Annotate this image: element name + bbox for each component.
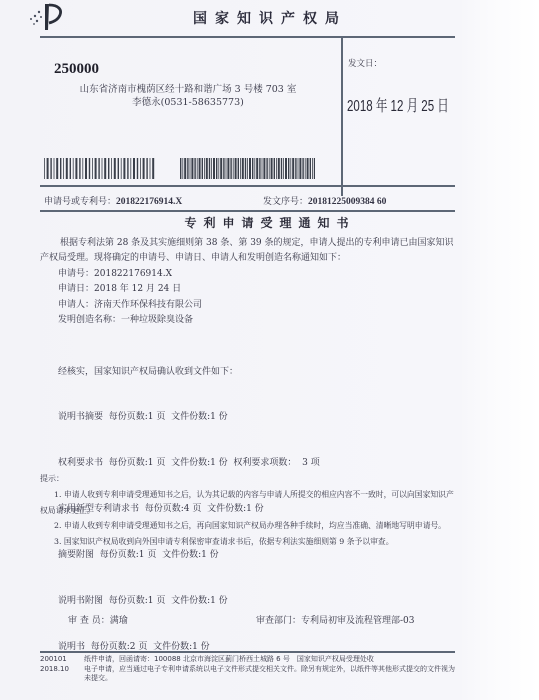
issue-date-stamp: 2018 年 12 月 25 日: [347, 93, 449, 116]
cnipa-logo-icon: [28, 2, 68, 32]
tips-list: 1. 申请人收到专利申请受理通知书之后，认为其记载的内容与申请人所提交的相应内容…: [40, 487, 460, 549]
field-application-date: 申请日：2018 年 12 月 24 日: [58, 282, 202, 297]
field-value: 济南天作环保科技有限公司: [94, 300, 202, 310]
department-name: 专利局初审及流程管理部-03: [301, 616, 415, 626]
footer-code: 200101: [40, 655, 84, 665]
footer: 200101 纸件申请，回函请寄：100088 北京市海淀区蓟门桥西土城路 6 …: [40, 655, 460, 684]
document-item: 权利要求书 每份页数:1 页 文件份数:1 份 权利要求项数： 3 项: [58, 456, 320, 471]
tip-item: 1. 申请人收到专利申请受理通知书之后，认为其记载的内容与申请人所提交的相应内容…: [40, 487, 460, 518]
application-fields: 申请号：201822176914.X 申请日：2018 年 12 月 24 日 …: [58, 267, 202, 328]
field-applicant: 申请人：济南天作环保科技有限公司: [58, 298, 202, 313]
application-number-label: 申请号或专利号：: [44, 197, 116, 207]
notice-paragraph: 根据专利法第 28 条及其实施细则第 38 条、第 39 条的规定，申请人提出的…: [40, 236, 460, 267]
field-label: 申请号：: [58, 269, 94, 279]
field-value: 一种垃圾除臭设备: [121, 315, 193, 325]
tip-item: 3. 国家知识产权局收到向外国申请专利保密审查请求书后，依据专利法实施细则第 9…: [40, 534, 460, 550]
examiner-name: 满瑜: [110, 616, 128, 626]
tip-item: 2. 申请人收到专利申请受理通知书之后，再向国家知识产权局办理各种手续时，均应当…: [40, 518, 460, 534]
recipient-address: 山东省济南市槐荫区经十路和谐广场 3 号楼 703 室: [78, 83, 298, 96]
footer-row: 200101 纸件申请，回函请寄：100088 北京市海淀区蓟门桥西土城路 6 …: [40, 655, 460, 665]
documents-intro: 经核实，国家知识产权局确认收到文件如下：: [58, 365, 320, 380]
field-application-number: 申请号：201822176914.X: [58, 267, 202, 282]
document-item: 说明书 每份页数:2 页 文件份数:1 份: [58, 640, 320, 655]
field-label: 申请日：: [58, 284, 94, 294]
agency-name: 国家知识产权局: [150, 8, 390, 28]
notice-title: 专利申请受理通知书: [150, 214, 390, 231]
document-item: 说明书摘要 每份页数:1 页 文件份数:1 份: [58, 410, 320, 425]
examiner-row: 审 查 员：满瑜: [68, 613, 128, 626]
field-value: 201822176914.X: [94, 269, 172, 279]
application-number-row: 申请号或专利号：201822176914.X: [44, 194, 182, 207]
footer-code: 2018.10: [40, 665, 84, 684]
application-number: 201822176914.X: [116, 197, 182, 207]
tips-label: 提示：: [40, 473, 64, 484]
barcode-application-number: [44, 158, 156, 179]
examiner-label: 审 查 员：: [68, 616, 110, 626]
footer-row: 2018.10 电子申请，应当通过电子专利申请系统以电子文件形式提交相关文件。除…: [40, 665, 460, 684]
footer-text: 纸件申请，回函请寄：100088 北京市海淀区蓟门桥西土城路 6 号 国家知识产…: [84, 655, 460, 665]
patent-acceptance-notice: 国家知识产权局 250000 山东省济南市槐荫区经十路和谐广场 3 号楼 703…: [0, 0, 539, 700]
footer-text: 电子申请，应当通过电子专利申请系统以电子文件形式提交相关文件。除另有规定外，以纸…: [84, 665, 460, 684]
column-divider: [341, 36, 343, 196]
footer-divider: [40, 651, 455, 653]
department-row: 审查部门：专利局初审及流程管理部-03: [256, 613, 415, 626]
field-invention-title: 发明创造名称：一种垃圾除臭设备: [58, 313, 202, 328]
recipient-postcode: 250000: [54, 61, 99, 78]
meta-divider: [40, 210, 455, 212]
recipient-contact: 李德永(0531-58635773): [78, 96, 298, 109]
document-item: 说明书附图 每份页数:1 页 文件份数:1 份: [58, 594, 320, 609]
header-divider: [40, 36, 455, 38]
recipient-address-block: 山东省济南市槐荫区经十路和谐广场 3 号楼 703 室 李德永(0531-586…: [78, 83, 298, 109]
issue-date-label: 发文日：: [348, 57, 382, 69]
field-label: 申请人：: [58, 300, 94, 310]
department-label: 审查部门：: [256, 616, 301, 626]
barcode-divider: [40, 185, 455, 187]
document-item: 摘要附图 每份页数:1 页 文件份数:1 份: [58, 548, 320, 563]
field-value: 2018 年 12 月 24 日: [94, 284, 181, 294]
barcode-document-serial: [180, 158, 315, 179]
field-label: 发明创造名称：: [58, 315, 121, 325]
document-serial-row: 发文序号：20181225009384 60: [263, 194, 386, 207]
document-serial-label: 发文序号：: [263, 197, 308, 207]
document-serial: 20181225009384 60: [308, 197, 386, 207]
